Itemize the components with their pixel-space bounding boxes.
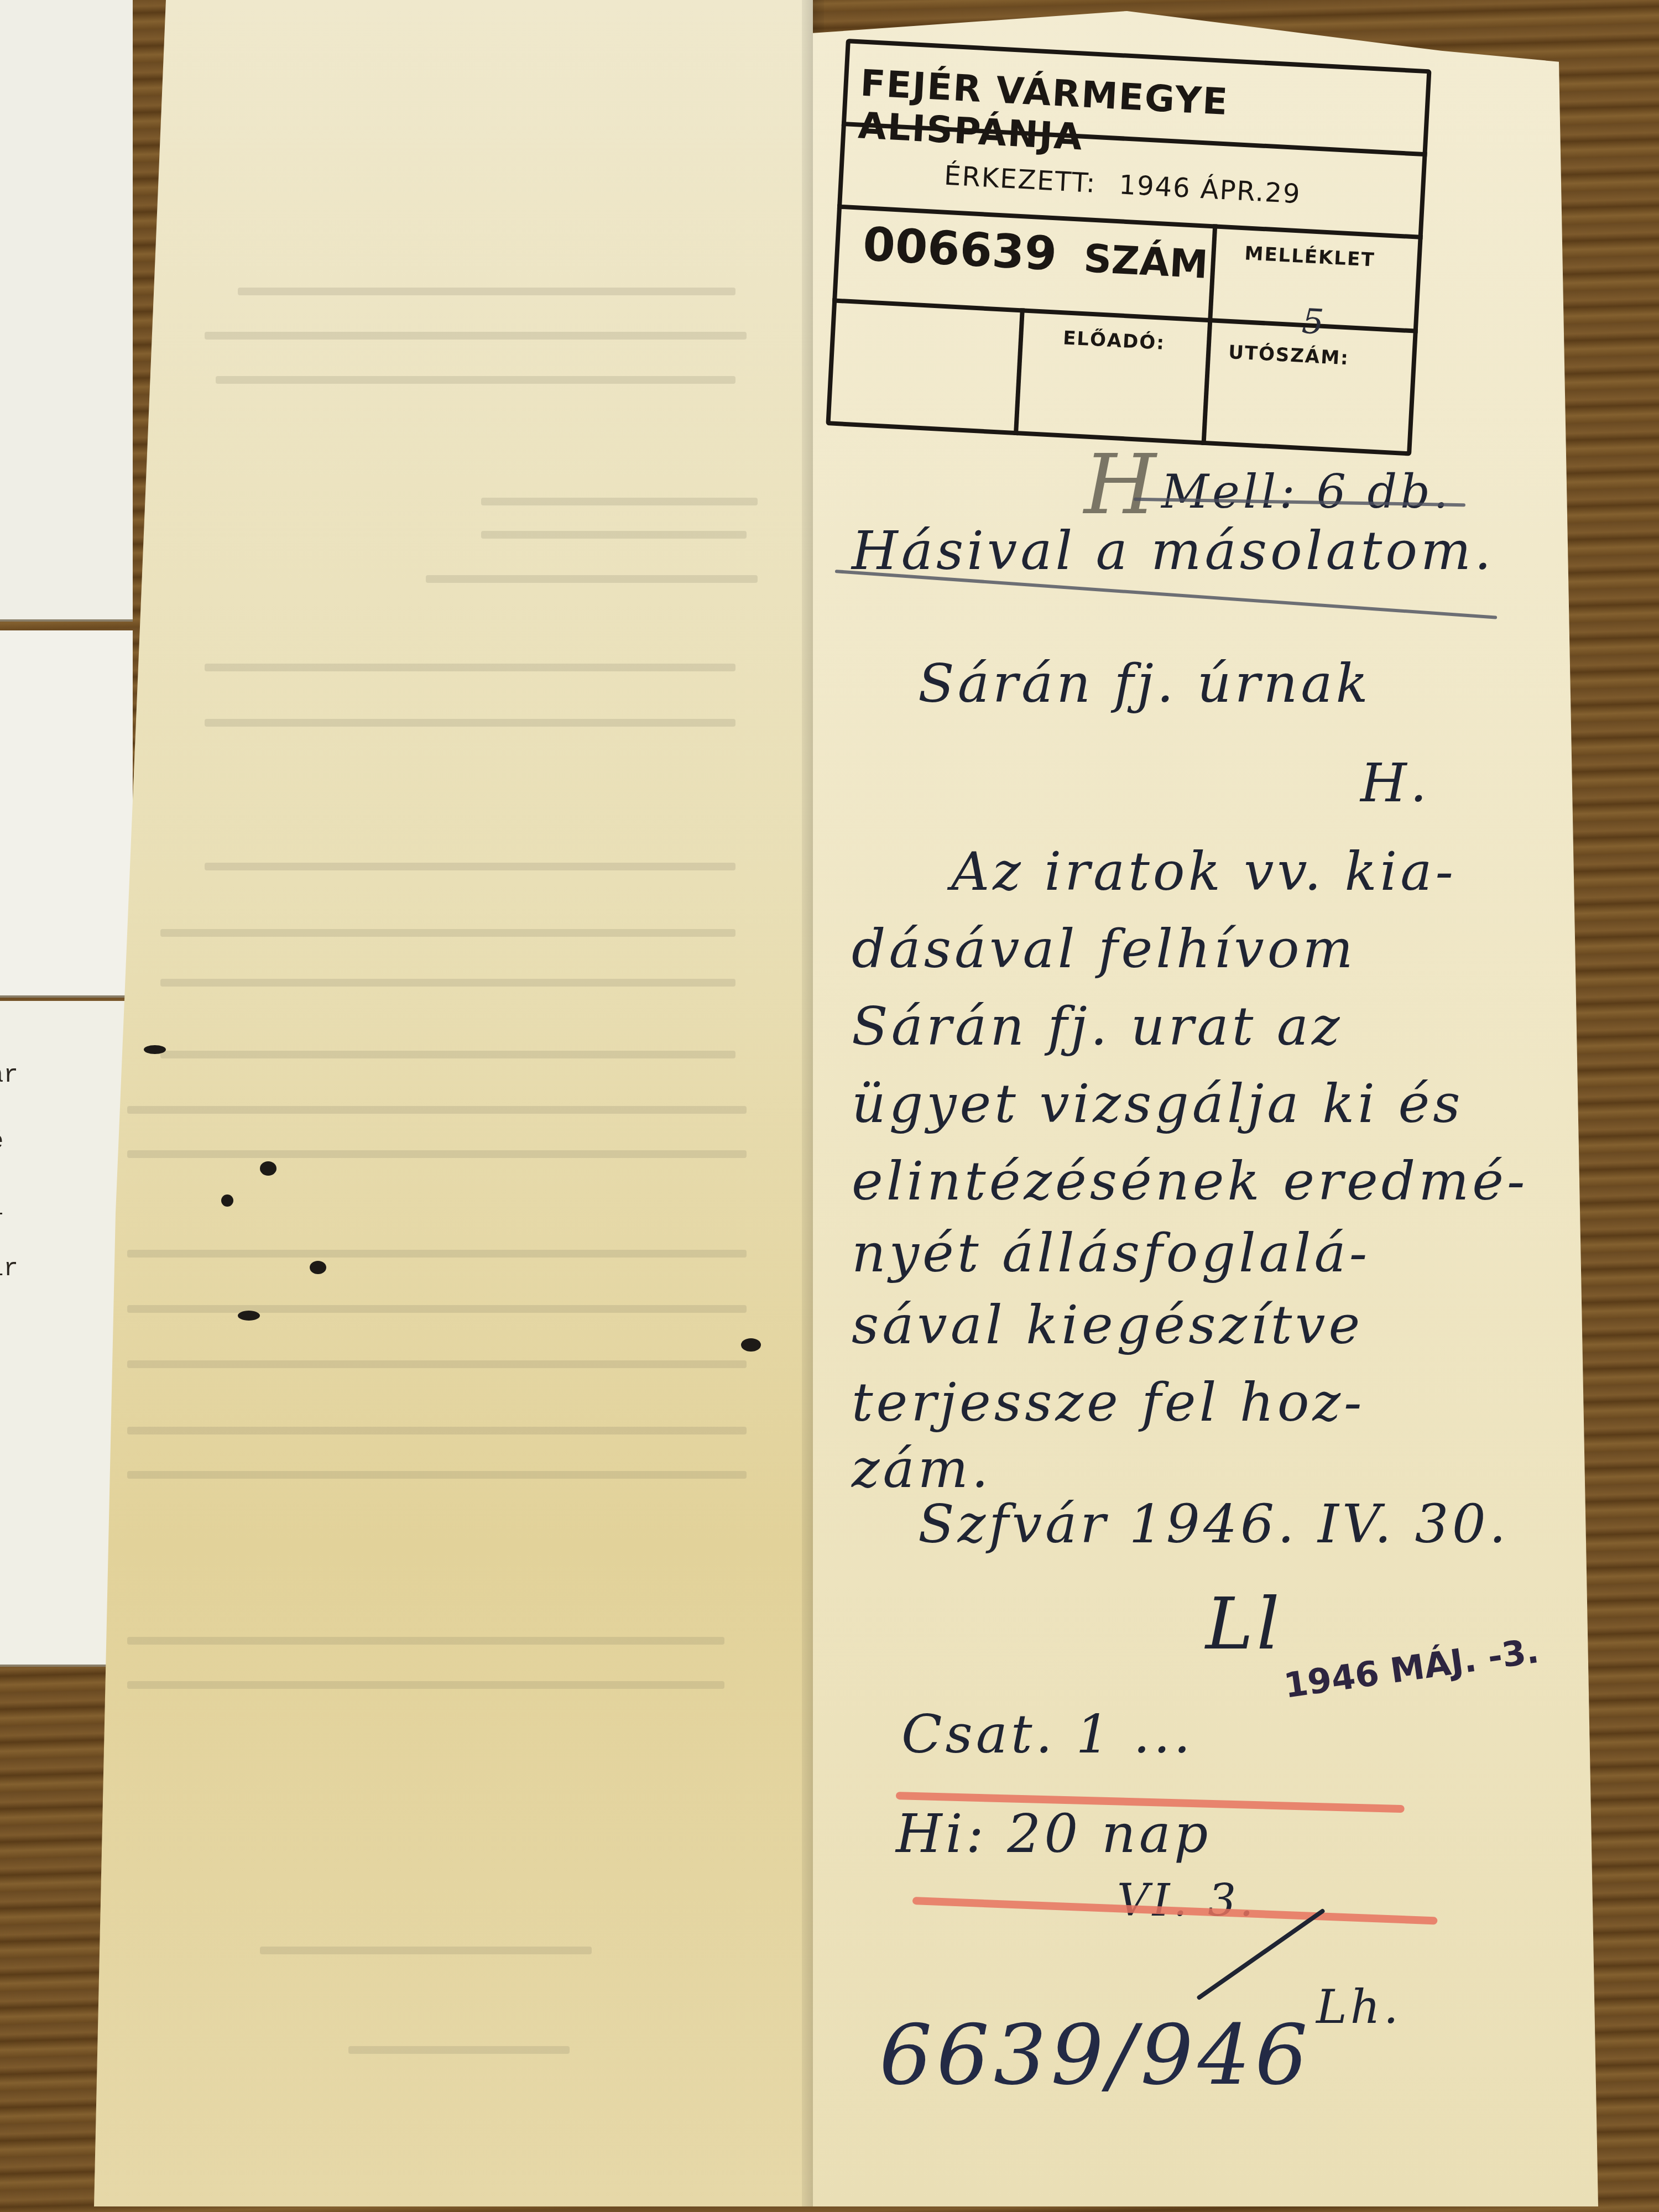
post-note: Csat. 1 ... xyxy=(901,1703,1194,1765)
faded-type-line xyxy=(205,719,735,727)
body-line: zám. xyxy=(852,1438,992,1500)
faded-type-line xyxy=(160,1051,735,1058)
faded-type-line xyxy=(127,1637,724,1645)
body-line: sával kiegészítve xyxy=(852,1294,1363,1356)
body-line: ügyet vizsgálja ki és xyxy=(852,1073,1464,1135)
ink-speck xyxy=(144,1045,166,1054)
faded-type-line xyxy=(127,1427,747,1434)
sheet-text-fragment: l xyxy=(0,1194,3,1222)
faded-type-line xyxy=(160,929,735,937)
underlying-sheet xyxy=(0,0,133,619)
ink-speck xyxy=(238,1311,260,1321)
faded-type-line xyxy=(205,664,735,671)
deadline-date: VI. 3. xyxy=(1117,1875,1257,1926)
body-line: nyét állásfoglalá- xyxy=(852,1222,1370,1284)
body-line: Sárán fj. urat az xyxy=(852,995,1343,1057)
attachment-value: 5 xyxy=(1301,301,1325,342)
faded-type-line xyxy=(260,1947,592,1954)
faded-type-line xyxy=(127,1681,724,1689)
ink-speck xyxy=(741,1338,761,1352)
file-number: 6639/946 xyxy=(879,2007,1312,2104)
copy-line: Hásival a másolatom. xyxy=(852,520,1495,582)
signature: Ll xyxy=(1206,1582,1283,1666)
number-label: SZÁM xyxy=(1083,236,1209,288)
addressee-mark: H. xyxy=(1360,752,1430,814)
sheet-text-fragment: ir xyxy=(0,1255,18,1283)
faded-type-line xyxy=(127,1305,747,1313)
faded-type-line xyxy=(348,2046,570,2054)
faded-type-line xyxy=(481,498,758,505)
body-line: dásával felhívom xyxy=(852,918,1357,980)
faded-type-line xyxy=(426,575,758,583)
header-mark: H xyxy=(1084,437,1160,533)
left-page-folded xyxy=(94,0,813,2206)
registration-number-value: 006639 xyxy=(862,217,1058,281)
faded-type-line xyxy=(127,1150,747,1158)
faded-type-line xyxy=(238,288,735,295)
registry-stamp: FEJÉR VÁRMEGYE ALISPÁNJA ÉRKEZETT: 1946 … xyxy=(826,39,1431,456)
faded-type-line xyxy=(127,1471,747,1479)
initials: Lh. xyxy=(1316,1980,1402,2034)
body-line: terjessze fel hoz- xyxy=(852,1371,1365,1433)
ink-speck xyxy=(260,1161,276,1176)
faded-type-line xyxy=(127,1106,747,1114)
body-line: Az iratok vv. kia- xyxy=(951,841,1457,902)
attachments-note: Mell: 6 db. xyxy=(1161,465,1452,519)
faded-type-line xyxy=(127,1360,747,1368)
sheet-text-fragment: ar xyxy=(0,1062,18,1089)
ink-speck xyxy=(310,1261,326,1274)
deadline-note: Hi: 20 nap xyxy=(896,1803,1211,1865)
faded-type-line xyxy=(216,376,735,384)
faded-type-line xyxy=(160,979,735,987)
ink-speck xyxy=(221,1194,233,1207)
faded-type-line xyxy=(205,863,735,870)
faded-type-line xyxy=(205,332,747,340)
underlying-sheet xyxy=(0,630,133,995)
faded-type-line xyxy=(481,531,747,539)
body-line: elintézésének eredmé- xyxy=(852,1150,1528,1212)
place-date: Szfvár 1946. IV. 30. xyxy=(918,1493,1509,1555)
faded-type-line xyxy=(127,1250,747,1258)
addressee: Sárán fj. úrnak xyxy=(918,653,1371,714)
sheet-text-fragment: é xyxy=(0,1128,3,1156)
